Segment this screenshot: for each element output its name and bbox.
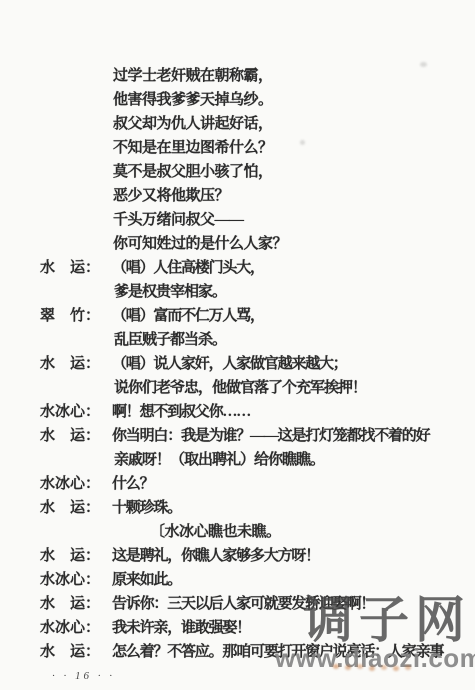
watermark-orange-smudge xyxy=(333,664,339,669)
line-text: 什么？ xyxy=(112,476,153,492)
scanned-script-page: 过学士老奸贼在朝称霸， 他害得我爹爹天掉乌纱。 叔父却为仇人讲起好话， 不知是在… xyxy=(0,0,475,690)
line-text: 过学士老奸贼在朝称霸， xyxy=(113,68,273,84)
stage-direction-line: 〔水冰心瞧也未瞧。 xyxy=(0,520,475,544)
dialogue-line: 水冰心：什么？ xyxy=(0,472,475,496)
speaker-name: 水冰心： xyxy=(40,400,112,424)
continuation-line: 爹是权贵宰相家。 xyxy=(0,280,475,304)
dialogue-line: 水 运：（唱）说人家奸，人家做官越来越大； xyxy=(0,352,475,376)
speaker-name: 水冰心： xyxy=(40,616,112,640)
continuation-line: 说你们老爷忠，他做官落了个充军挨押！ xyxy=(0,376,475,400)
dialogue-line: 水冰心：我未许亲，谁敢强娶！ xyxy=(0,616,475,640)
speaker-name: 水 运： xyxy=(40,544,112,568)
dialogue-line: 水 运：（唱）人住高楼门头大， xyxy=(0,256,475,280)
line-text: 这是聘礼，你瞧人家够多大方呀！ xyxy=(112,548,319,564)
dialogue-line: 水冰心：啊！想不到叔父你…… xyxy=(0,400,475,424)
speaker-name: 水冰心： xyxy=(40,568,112,592)
dialogue-line: 水 运：怎么着？不答应。那咱可要打开窗户说亮话：人家亲事 xyxy=(0,640,475,664)
line-text: （唱）说人家奸，人家做官越来越大； xyxy=(112,356,347,372)
dialogue-line: 水冰心：原来如此。 xyxy=(0,568,475,592)
verse-line: 叔父却为仇人讲起好话， xyxy=(0,112,475,136)
scan-speck xyxy=(300,140,305,145)
line-text: 怎么着？不答应。那咱可要打开窗户说亮话：人家亲事 xyxy=(112,644,443,660)
speaker-name: 水 运： xyxy=(40,592,112,616)
scan-speck xyxy=(420,62,427,67)
line-text: 爹是权贵宰相家。 xyxy=(114,284,226,300)
line-text: 十颗珍珠。 xyxy=(112,500,181,516)
line-text: 啊！想不到叔父你…… xyxy=(112,404,250,420)
line-text: （唱）富而不仁万人骂， xyxy=(112,308,264,324)
dialogue-line: 翠 竹：（唱）富而不仁万人骂， xyxy=(0,304,475,328)
line-text: 乱臣贼子都当杀。 xyxy=(114,332,226,348)
verse-line: 莫不是叔父胆小骇了怕， xyxy=(0,160,475,184)
speaker-name: 水 运： xyxy=(40,496,112,520)
speaker-name: 翠 竹： xyxy=(40,304,112,328)
line-text: 千头万绪问叔父—— xyxy=(113,212,244,228)
line-text: 你当明白：我是为谁？——这是打灯笼都找不着的好 xyxy=(112,428,429,444)
verse-line: 你可知姓过的是什么人家？ xyxy=(0,232,475,256)
line-text: （唱）人住高楼门头大， xyxy=(112,260,264,276)
line-text: 不知是在里边图希什么？ xyxy=(113,140,273,156)
line-text: 〔水冰心瞧也未瞧。 xyxy=(150,524,281,540)
dialogue-line: 水 运：这是聘礼，你瞧人家够多大方呀！ xyxy=(0,544,475,568)
line-text: 叔父却为仇人讲起好话， xyxy=(113,116,273,132)
speaker-name: 水 运： xyxy=(40,256,112,280)
line-text: 原来如此。 xyxy=(112,572,181,588)
verse-line: 过学士老奸贼在朝称霸， xyxy=(0,64,475,88)
line-text: 亲戚呀！（取出聘礼）给你瞧瞧。 xyxy=(114,452,324,468)
dialogue-line: 水 运：你当明白：我是为谁？——这是打灯笼都找不着的好 xyxy=(0,424,475,448)
verse-line: 千头万绪问叔父—— xyxy=(0,208,475,232)
page-number: · · 16 · · xyxy=(0,670,475,682)
dialogue-line: 水 运：十颗珍珠。 xyxy=(0,496,475,520)
speaker-name: 水 运： xyxy=(40,352,112,376)
line-text: 说你们老爷忠，他做官落了个充军挨押！ xyxy=(114,380,366,396)
continuation-line: 乱臣贼子都当杀。 xyxy=(0,328,475,352)
continuation-line: 亲戚呀！（取出聘礼）给你瞧瞧。 xyxy=(0,448,475,472)
line-text: 莫不是叔父胆小骇了怕， xyxy=(113,164,273,180)
line-text: 你可知姓过的是什么人家？ xyxy=(113,236,287,252)
verse-line: 他害得我爹爹天掉乌纱。 xyxy=(0,88,475,112)
speaker-name: 水 运： xyxy=(40,640,112,664)
line-text: 恶少又将他欺压？ xyxy=(113,188,229,204)
line-text: 告诉你：三天以后人家可就要发轿迎娶啊！ xyxy=(112,596,374,612)
speaker-name: 水冰心： xyxy=(40,472,112,496)
verse-line: 恶少又将他欺压？ xyxy=(0,184,475,208)
verse-line: 不知是在里边图希什么？ xyxy=(0,136,475,160)
dialogue-line: 水 运：告诉你：三天以后人家可就要发轿迎娶啊！ xyxy=(0,592,475,616)
line-text: 他害得我爹爹天掉乌纱。 xyxy=(113,92,273,108)
speaker-name: 水 运： xyxy=(40,424,112,448)
line-text: 我未许亲，谁敢强娶！ xyxy=(112,620,250,636)
